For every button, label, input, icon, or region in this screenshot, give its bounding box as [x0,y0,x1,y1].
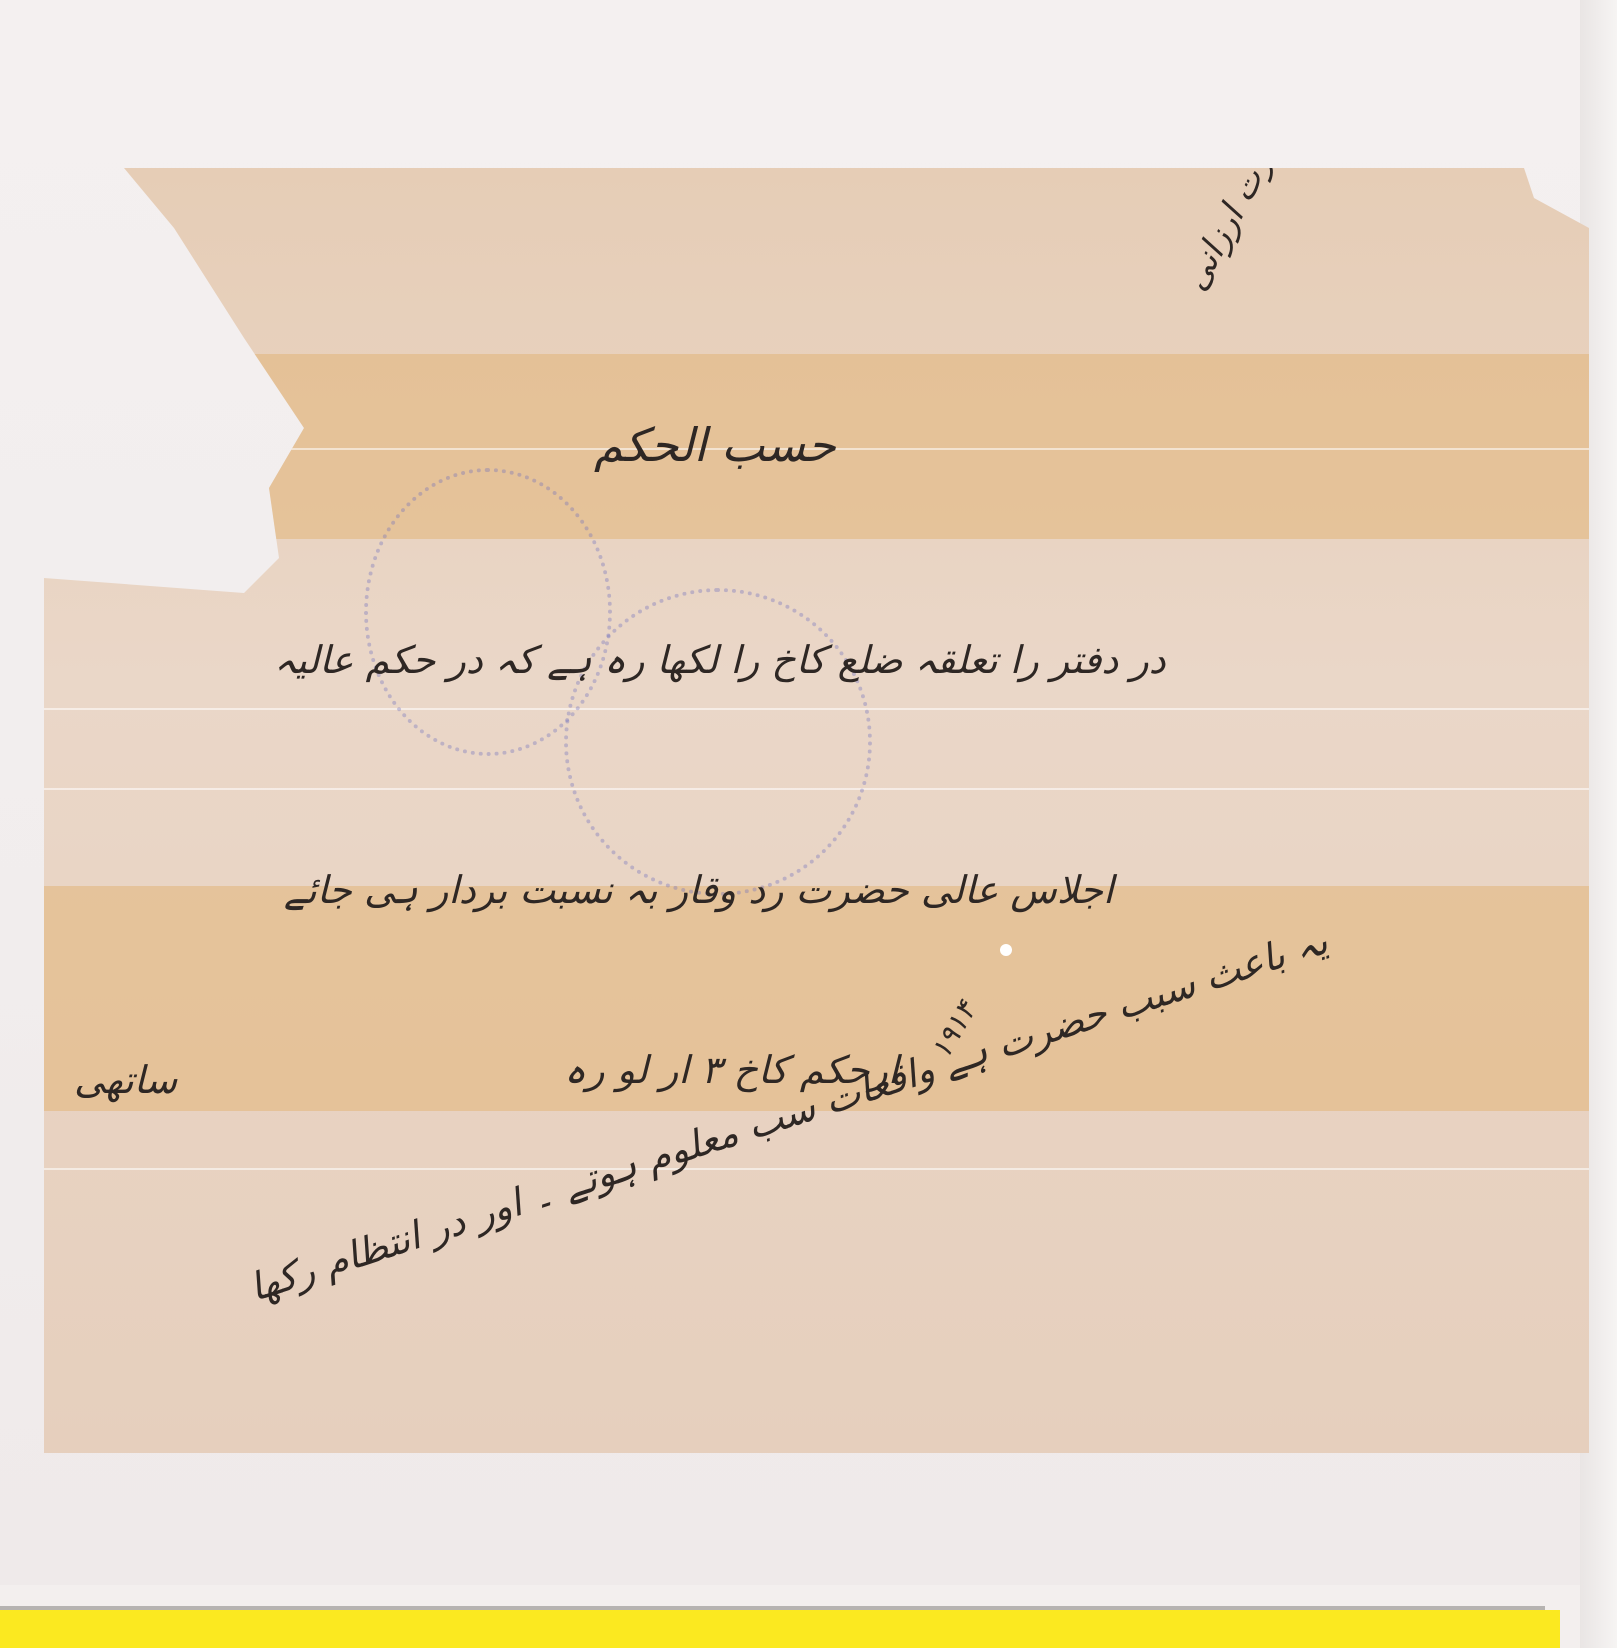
text-line-1: در دفتر را تعلقہ ضلع کاخ را لکھا رہ ہے ک… [274,638,1166,682]
manuscript-paper: بروانہ حضرت ارزانی حسب الحکم در دفتر را … [44,168,1589,1453]
yellow-strip [0,1610,1560,1648]
paper-hole [1000,944,1012,956]
text-line-2: اجلاس عالی حضرت رد وقار بہ نسبت بردار ہی… [284,868,1114,912]
seal-stamp [564,588,872,896]
fold-line [44,1168,1589,1170]
document-title: حسب الحکم [594,418,836,472]
side-note: ساتھی [74,1058,177,1102]
